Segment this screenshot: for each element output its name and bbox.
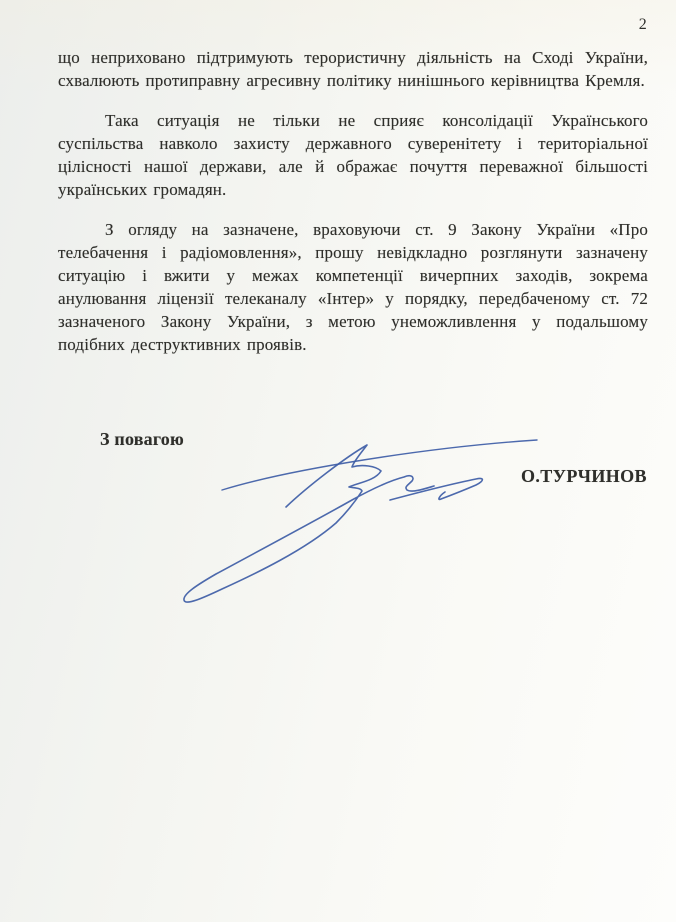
document-page: 2 що неприховано підтримують терористичн… (0, 0, 676, 922)
signature-stroke-arc (222, 440, 537, 490)
signature-stroke-main (184, 445, 434, 602)
signature-ink (0, 0, 676, 922)
signature-stroke-flourish (390, 478, 482, 500)
